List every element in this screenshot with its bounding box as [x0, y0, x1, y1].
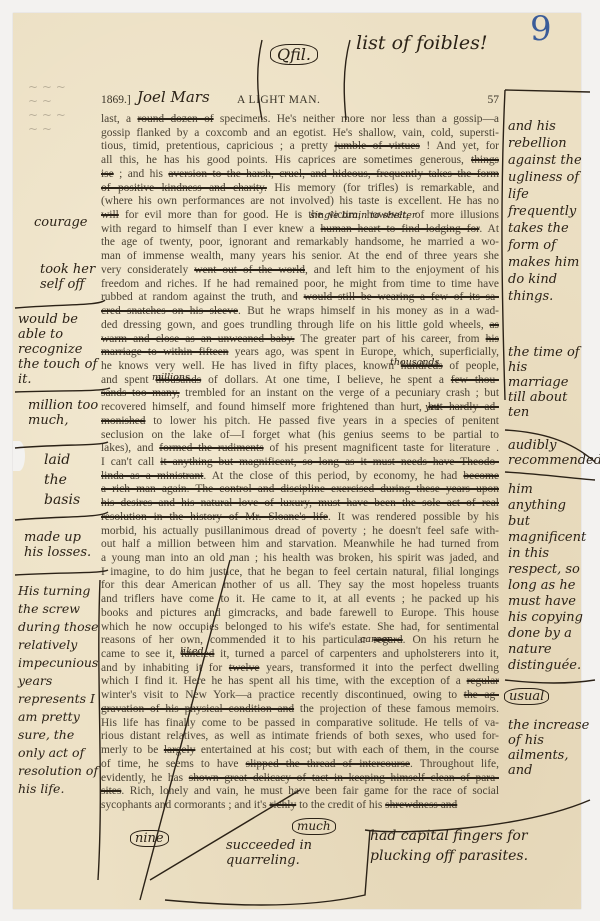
printed-text: man of immense wealth, many years his se… — [101, 250, 499, 262]
text-line: last, a round dozen of specimens. He's n… — [101, 113, 499, 127]
struck-text: monished — [101, 415, 145, 427]
printed-text: . Rich, lonely and vain, he must have be… — [121, 785, 499, 797]
left-note-courage: courage — [34, 215, 104, 230]
bottom-note-succeeded: succeeded in quarreling. — [226, 838, 326, 868]
printed-text: books and pictures and gimcracks, and ba… — [101, 607, 499, 619]
printed-text: . At the close of this period, by econom… — [203, 470, 463, 482]
printed-text: . On his return he — [403, 634, 499, 646]
printed-text: lakes), and — [101, 442, 159, 454]
printed-text: . At — [479, 223, 499, 235]
struck-text: resolution in the history of Mr. Sloane'… — [101, 511, 328, 523]
struck-text: went out of the world — [194, 264, 305, 276]
text-line: freedom and riches. If he had remained p… — [101, 278, 499, 292]
left-note-recognize: would be able to recognize the touch of … — [18, 312, 100, 387]
text-line: ded dressing gown, and goes trundling th… — [101, 319, 499, 333]
struck-text: marriage to within fifteen — [101, 346, 228, 358]
struck-text: things — [471, 154, 499, 166]
struck-text: would still be wearing a few of its sa- — [304, 291, 499, 303]
text-line: will for evil more than for good. He is … — [101, 209, 499, 223]
text-line: all this, he has his good points. His ca… — [101, 154, 499, 168]
right-note-time-of-marriage: the time of his marriage till about ten — [508, 345, 588, 420]
text-line: lakes), and formed the rudiments of his … — [101, 442, 499, 456]
header-insert-note: Joel Mars — [137, 90, 210, 105]
printed-text: last, a — [101, 113, 137, 125]
printed-text: ; and his — [114, 168, 169, 180]
printed-text: , and left him to the enjoyment of his — [305, 264, 499, 276]
text-line: of positive kindness and charity. His me… — [101, 182, 499, 196]
page-number: 57 — [488, 94, 500, 106]
text-line: His life has finally come to be passed i… — [101, 717, 499, 731]
struck-text: linda as a ministrant — [101, 470, 203, 482]
printed-text: . It was rendered possible by his — [328, 511, 499, 523]
printed-text: to the credit of his — [296, 799, 385, 811]
printed-text: to lower his pitch. He passed five years… — [145, 415, 499, 427]
printed-text: ! And yet, for — [420, 140, 499, 152]
printed-text: for this dear American mother of us all.… — [101, 579, 499, 591]
struck-text: shown great delicacy of tact in keeping … — [189, 772, 499, 784]
interlinear-thousands: thousands — [390, 357, 439, 368]
struck-text: round dozen of — [137, 113, 213, 125]
struck-text: cred snatches on his sleeve — [101, 305, 238, 317]
left-note-laid-the-basis: laid the basis — [44, 450, 94, 510]
printed-text: came to see it, — [101, 648, 181, 660]
struck-text: shrewdness and — [385, 799, 457, 811]
left-note-took-her-self-off: took her self off — [40, 262, 98, 292]
pencil-bleed-through: ~ ~ ~~ ~~ ~ ~~ ~ — [28, 80, 98, 136]
text-line: which I find it. Here he has spent all h… — [101, 675, 499, 689]
struck-text: richly — [270, 799, 297, 811]
text-line: cred snatches on his sleeve. But he wrap… — [101, 305, 499, 319]
text-line: the age of twenty, poor, ignorant and re… — [101, 236, 499, 250]
struck-text: aversion to the harsh, cruel, and hideou… — [168, 168, 499, 180]
printed-text: of people, — [443, 360, 499, 372]
text-line: rubbed at random against the truth, and … — [101, 291, 499, 305]
printed-text: reasons of her own, commended it to his … — [101, 634, 373, 646]
struck-text: jumble of virtues — [334, 140, 419, 152]
struck-text: it anything but magnificent, so long as … — [160, 456, 499, 468]
text-line: his desires and his natural love of luxu… — [101, 497, 499, 511]
struck-text: become — [463, 470, 499, 482]
text-line: warm and close as an unweaned baby. The … — [101, 333, 499, 347]
text-line: with regard to himself than I ever knew … — [101, 223, 499, 237]
printed-text: entertained at his cost; but with each o… — [195, 744, 499, 756]
left-note-made-up-losses: made up his losses. — [24, 530, 100, 560]
text-line: a rich man again. The control and discip… — [101, 483, 499, 497]
printed-text: winter's visit to New York—a practice re… — [101, 689, 464, 701]
printed-body-text: last, a round dozen of specimens. He's n… — [101, 113, 499, 813]
struck-text: formed the rudiments — [159, 442, 263, 454]
printed-text: years ago, was spent in Europe, which, s… — [228, 346, 499, 358]
right-note-audibly-recommended: audibly recommended — [508, 438, 588, 468]
printed-text: which he now occupies belonged to his wi… — [101, 621, 499, 633]
printed-text: which I find it. Here he has spent all h… — [101, 675, 467, 687]
printed-text: recovered himself, and found himself mor… — [101, 401, 428, 413]
left-note-turning-the-screw: His turning the screw during those relat… — [18, 582, 102, 798]
right-note-usual: usual — [504, 688, 549, 705]
printed-text: and spent — [101, 374, 155, 386]
printed-text: very considerately — [101, 264, 194, 276]
header-year: 1869.] — [101, 94, 131, 106]
text-line: very considerately went out of the world… — [101, 264, 499, 278]
printed-text: His memory (for trifles) is remarkable, … — [267, 182, 499, 194]
right-note-magnificent: him anything but magnificent in this res… — [508, 482, 590, 674]
struck-text: regular — [467, 675, 499, 687]
text-line: and triflers have come to it. He came to… — [101, 593, 499, 607]
printed-text: years, transformed it into the perfect d… — [259, 662, 499, 674]
blue-page-mark: 9 — [530, 22, 552, 37]
printed-text: rubbed at random against the truth, and — [101, 291, 304, 303]
text-line: (where his own performances are not invo… — [101, 195, 499, 209]
interlinear-career: career — [360, 634, 391, 645]
printed-text: of time, he seems to have — [101, 758, 246, 770]
printed-text: morbid, his actually pusillanimous dread… — [101, 525, 499, 537]
torn-edge — [13, 441, 25, 471]
printed-text: I can't call — [101, 456, 160, 468]
printed-text: for evil more than for good. He is the v… — [119, 209, 499, 221]
printed-text: with regard to himself than I ever knew … — [101, 223, 321, 235]
printed-text: tious, timid, pretentious, capricious ; … — [101, 140, 334, 152]
struck-text: twelve — [229, 662, 260, 674]
struck-text: few thou- — [451, 374, 499, 386]
text-line: seclusion on the lake of—I forget what (… — [101, 429, 499, 443]
printed-text: His life has finally come to be passed i… — [101, 717, 499, 729]
header-title: A LIGHT MAN. — [237, 94, 320, 106]
bottom-note-much: much — [292, 818, 336, 835]
text-line: of time, he seems to have slipped the th… — [101, 758, 499, 772]
printed-text: the age of twenty, poor, ignorant and re… — [101, 236, 499, 248]
struck-text: his desires and his natural love of luxu… — [101, 497, 499, 509]
printed-text: (where his own performances are not invo… — [101, 195, 499, 207]
text-line: reasons of her own, commended it to his … — [101, 634, 499, 648]
text-line: and by inhabiting it for twelve years, t… — [101, 662, 499, 676]
printed-text: of his present magnificent taste for lit… — [264, 442, 499, 454]
printed-text: evidently, he has — [101, 772, 189, 784]
text-line: sycophants and cormorants ; and it's ric… — [101, 799, 499, 813]
printed-text: he knows very well. He has lived in fift… — [101, 360, 401, 372]
text-line: sands too many, trembled for an instant … — [101, 387, 499, 401]
text-line: I imagine, to do him justice, that he be… — [101, 566, 499, 580]
printed-text: rious distant relatives, as well as inti… — [101, 730, 499, 742]
text-line: linda as a ministrant. At the close of t… — [101, 470, 499, 484]
text-line: books and pictures and gimcracks, and ba… — [101, 607, 499, 621]
printed-text: and triflers have come to it. He came to… — [101, 593, 499, 605]
right-note-ailments: the increase of his ailments, and — [508, 718, 590, 778]
bottom-note-nine: nine — [130, 830, 169, 847]
text-line: gossip flanked by a coxcomb and an egoti… — [101, 127, 499, 141]
struck-text: the ag- — [464, 689, 499, 701]
struck-text: warm and close as an unweaned baby. — [101, 333, 295, 345]
struck-text: sands too many, — [101, 387, 180, 399]
printed-text: freedom and riches. If he had remained p… — [101, 278, 499, 290]
printed-text: trembled for an instant on the verge of … — [180, 387, 499, 399]
text-line: sites. Rich, lonely and vain, he must ha… — [101, 785, 499, 799]
bottom-note-capital-fingers: had capital fingers for plucking off par… — [370, 826, 580, 866]
struck-text: human heart to find lodging for — [321, 223, 480, 235]
interlinear-yet: yet — [425, 402, 440, 413]
struck-text: gravation of his physical condition and — [101, 703, 294, 715]
text-line: resolution in the history of Mr. Sloane'… — [101, 511, 499, 525]
text-line: a young man into an old man ; his health… — [101, 552, 499, 566]
text-line: I can't call it anything but magnificent… — [101, 456, 499, 470]
printed-text: of dollars. At one time, I believe, he s… — [201, 374, 451, 386]
note-list-of-foibles: list of foibles! — [356, 36, 488, 51]
printed-text: I imagine, to do him justice, that he be… — [101, 566, 499, 578]
text-line: which he now occupies belonged to his wi… — [101, 621, 499, 635]
struck-text: a rich man again. The control and discip… — [101, 483, 499, 495]
printed-text: The greater part of his career, from — [295, 333, 486, 345]
text-line: came to see it, fancied it, turned a par… — [101, 648, 499, 662]
printed-text: ded dressing gown, and goes trundling th… — [101, 319, 489, 331]
printed-text: . But he wraps himself in his money as i… — [238, 305, 499, 317]
printed-text: . Throughout life, — [410, 758, 499, 770]
struck-text: of positive kindness and charity. — [101, 182, 267, 194]
printed-text: a young man into an old man ; his health… — [101, 552, 499, 564]
text-line: man of immense wealth, many years his se… — [101, 250, 499, 264]
text-line: out half a million between him and starv… — [101, 538, 499, 552]
printed-text: sycophants and cormorants ; and it's — [101, 799, 270, 811]
left-note-million-too-much: million too much, — [28, 398, 100, 428]
text-line: tious, timid, pretentious, capricious ; … — [101, 140, 499, 154]
printed-text: specimens. He's neither more nor less th… — [214, 113, 499, 125]
text-line: morbid, his actually pusillanimous dread… — [101, 525, 499, 539]
printed-text: gossip flanked by a coxcomb and an egoti… — [101, 127, 499, 139]
text-line: monished to lower his pitch. He passed f… — [101, 415, 499, 429]
text-line: evidently, he has shown great delicacy o… — [101, 772, 499, 786]
struck-text: largely — [164, 744, 196, 756]
printed-text: merly to be — [101, 744, 164, 756]
struck-text: sites — [101, 785, 121, 797]
struck-text: ise — [101, 168, 114, 180]
interlinear-millions: millions — [152, 372, 190, 383]
right-note-rebellion: and his rebellion against the ugliness o… — [508, 118, 588, 305]
circled-note-qfil: Qfil. — [270, 44, 318, 65]
text-line: merly to be largely entertained at his c… — [101, 744, 499, 758]
text-line: rious distant relatives, as well as inti… — [101, 730, 499, 744]
printed-text: out half a million between him and starv… — [101, 538, 499, 550]
printed-text: and by inhabiting it for — [101, 662, 229, 674]
printed-text: all this, he has his good points. His ca… — [101, 154, 471, 166]
interlinear-liked: liked — [180, 646, 204, 657]
text-line: ise ; and his aversion to the harsh, cru… — [101, 168, 499, 182]
printed-text: seclusion on the lake of—I forget what (… — [101, 429, 499, 441]
struck-text: as — [489, 319, 499, 331]
text-line: gravation of his physical condition and … — [101, 703, 499, 717]
text-line: for this dear American mother of us all.… — [101, 579, 499, 593]
interlinear-single-brain: single brain to shelter — [310, 210, 416, 221]
printed-text: it, turned a parcel of carpenters and up… — [214, 648, 499, 660]
text-line: winter's visit to New York—a practice re… — [101, 689, 499, 703]
printed-text: the projection of these famous memoirs. — [294, 703, 499, 715]
struck-text: his — [486, 333, 499, 345]
struck-text: slipped the thread of intercourse — [246, 758, 410, 770]
